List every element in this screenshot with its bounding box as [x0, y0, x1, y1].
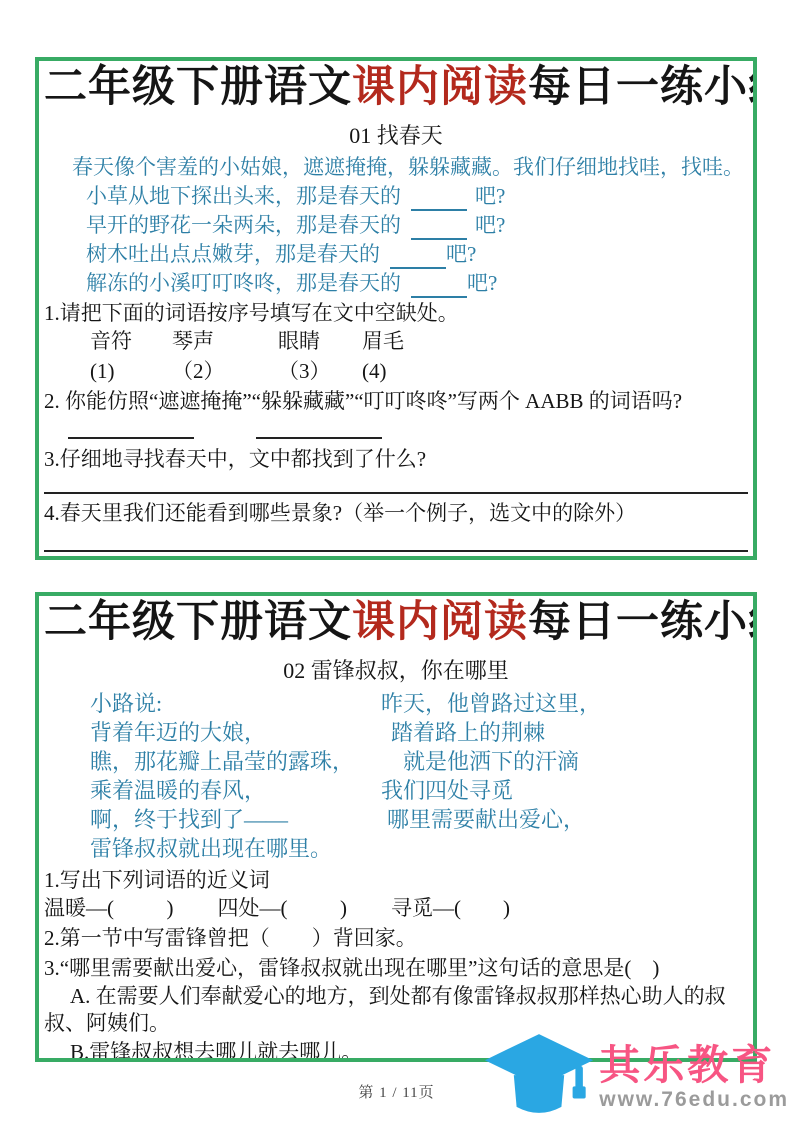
title-prefix: 二年级下册语文 [44, 599, 352, 646]
poem-line: 乘着温暖的春风， [90, 776, 381, 805]
fill-line-tail: 吧? [475, 213, 505, 237]
synonym-blank: 四处—( ) [218, 895, 348, 921]
poem-line: 就是他洒下的汗滴 [381, 747, 748, 776]
brand-name: 其乐教育 [599, 1043, 789, 1087]
title-highlight: 课内阅读 [352, 64, 528, 111]
title-prefix: 二年级下册语文 [44, 64, 352, 111]
poem-passage: 小路说: 背着年迈的大娘， 瞧，那花瓣上晶莹的露珠， 乘着温暖的春风， 啊，终于… [44, 689, 748, 863]
question-1: 1.请把下面的词语按序号填写在文中空缺处。 [44, 300, 748, 326]
word-bank-number: (4) [362, 358, 748, 384]
question-1: 1.写出下列词语的近义词 [44, 867, 748, 893]
word-bank-item: 音符 [90, 328, 172, 354]
answer-blank-line [68, 429, 194, 439]
title-suffix: 每日一练小纸条 [528, 599, 757, 646]
word-bank-numbers: (1) （2） （3） (4) [90, 358, 748, 384]
word-bank-number: (1) [90, 358, 172, 384]
question-3: 3.仔细地寻找春天中，文中都找到了什么? [44, 446, 748, 472]
poem-line: 踏着路上的荆棘 [381, 718, 748, 747]
poem-line: 瞧，那花瓣上晶莹的露珠， [90, 747, 381, 776]
fill-blank [411, 219, 467, 240]
fill-blank [411, 190, 467, 211]
poem-line: 我们四处寻觅 [381, 776, 748, 805]
answer-line [44, 492, 748, 494]
answer-blanks [44, 426, 748, 438]
word-bank-number: （3） [278, 358, 362, 384]
poem-line: 啊，终于找到了—— [90, 805, 381, 834]
fill-line-text: 树木吐出点点嫩芽，那是春天的 [86, 242, 380, 266]
brand-text-block: 其乐教育 www.76edu.com [599, 1043, 789, 1112]
fill-line-text: 解冻的小溪叮叮咚咚，那是春天的 [86, 271, 401, 295]
passage-intro: 春天像个害羞的小姑娘，遮遮掩掩，躲躲藏藏。我们仔细地找哇，找哇。 [72, 153, 748, 182]
question-3: 3.“哪里需要献出爱心，雷锋叔叔就出现在哪里”这句话的意思是( ) [44, 955, 748, 981]
answer-line [44, 550, 748, 552]
synonym-blank: 温暖—( ) [44, 895, 174, 921]
synonym-blank: 寻觅—( ) [391, 895, 510, 921]
fill-line-tail: 吧? [467, 271, 497, 295]
title-suffix: 每日一练小纸条 [528, 64, 757, 111]
poem-right-column: 昨天，他曾路过这里， 踏着路上的荆棘 就是他洒下的汗滴 我们四处寻觅 哪里需要献… [381, 689, 748, 863]
fill-blank [411, 277, 467, 298]
fill-line-tail: 吧? [446, 242, 476, 266]
word-bank-item: 琴声 [172, 328, 278, 354]
passage-fill-line: 解冻的小溪叮叮咚咚，那是春天的吧? [86, 269, 748, 298]
exercise-card-1: 二年级下册语文课内阅读每日一练小纸条 01 找春天 春天像个害羞的小姑娘，遮遮掩… [35, 57, 757, 560]
exercise-card-2: 二年级下册语文课内阅读每日一练小纸条 02 雷锋叔叔，你在哪里 小路说: 背着年… [35, 592, 757, 1062]
title-highlight: 课内阅读 [352, 599, 528, 646]
poem-line: 背着年迈的大娘， [90, 718, 381, 747]
option-a: A. 在需要人们奉献爱心的地方，到处都有像雷锋叔叔那样热心助人的叔叔、阿姨们。 [44, 983, 748, 1037]
poem-line: 雷锋叔叔就出现在哪里。 [90, 834, 381, 863]
word-bank: 音符 琴声 眼睛 眉毛 [90, 328, 748, 354]
lesson-2-heading: 02 雷锋叔叔，你在哪里 [44, 657, 748, 685]
passage-fill-line: 树木吐出点点嫩芽，那是春天的吧? [86, 240, 748, 269]
word-bank-number: （2） [172, 358, 278, 384]
fill-line-tail: 吧? [475, 184, 505, 208]
word-bank-item: 眉毛 [362, 328, 748, 354]
passage-fill-line: 小草从地下探出头来，那是春天的吧? [86, 182, 748, 211]
synonym-blanks-row: 温暖—( ) 四处—( ) 寻觅—( ) [44, 895, 748, 921]
brand-url: www.76edu.com [599, 1088, 789, 1112]
brand-logo: 其乐教育 www.76edu.com [483, 1032, 789, 1122]
worksheet-title: 二年级下册语文课内阅读每日一练小纸条 [44, 598, 748, 648]
poem-line: 哪里需要献出爱心， [381, 805, 748, 834]
question-2: 2.第一节中写雷锋曾把（ ）背回家。 [44, 925, 748, 951]
fill-line-text: 早开的野花一朵两朵，那是春天的 [86, 213, 401, 237]
worksheet-title: 二年级下册语文课内阅读每日一练小纸条 [44, 63, 748, 113]
poem-left-column: 小路说: 背着年迈的大娘， 瞧，那花瓣上晶莹的露珠， 乘着温暖的春风， 啊，终于… [44, 689, 381, 863]
word-bank-item: 眼睛 [278, 328, 362, 354]
poem-line: 昨天，他曾路过这里， [381, 689, 748, 718]
answer-blank-line [256, 429, 382, 439]
fill-blank [390, 248, 446, 269]
lesson-1-heading: 01 找春天 [44, 122, 748, 150]
fill-line-text: 小草从地下探出头来，那是春天的 [86, 184, 401, 208]
passage-fill-line: 早开的野花一朵两朵，那是春天的吧? [86, 211, 748, 240]
graduation-cap-icon [483, 1032, 595, 1122]
worksheet-page: 二年级下册语文课内阅读每日一练小纸条 01 找春天 春天像个害羞的小姑娘，遮遮掩… [0, 0, 793, 1122]
poem-line: 小路说: [90, 689, 381, 718]
question-2: 2. 你能仿照“遮遮掩掩”“躲躲藏藏”“叮叮咚咚”写两个 AABB 的词语吗? [44, 388, 748, 414]
question-4: 4.春天里我们还能看到哪些景象?（举一个例子，选文中的除外） [44, 500, 748, 526]
